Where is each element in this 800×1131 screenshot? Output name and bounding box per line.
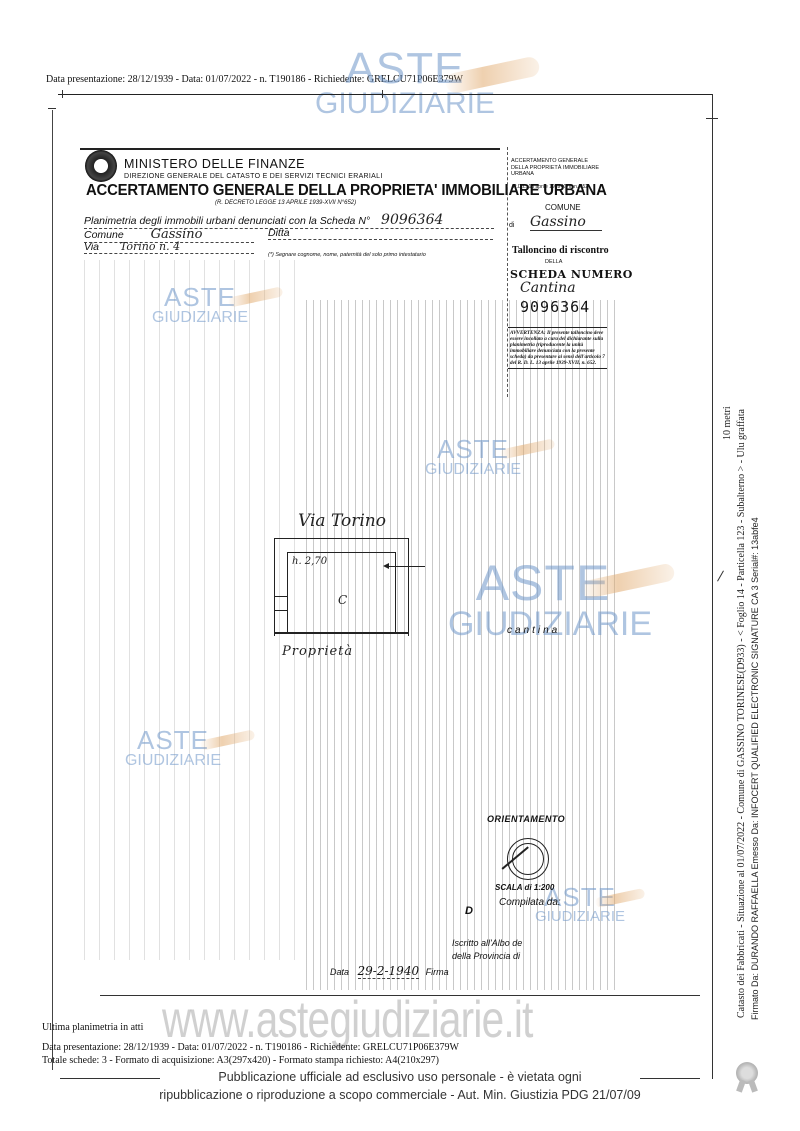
seal-ribbon xyxy=(748,1079,758,1092)
compilata-label: Compilata da: xyxy=(499,897,561,908)
direzione-subtitle: DIREZIONE GENERALE DEL CATASTO E DEI SER… xyxy=(124,173,383,180)
plan-door xyxy=(274,596,288,611)
plan-bottom-wall xyxy=(274,632,409,634)
crop-mark xyxy=(717,571,724,582)
orientamento-label: ORIENTAMENTO xyxy=(487,814,565,824)
data-firma-line: Data 29-2-1940 Firma xyxy=(330,964,449,978)
plan-height-label: h. 2,70 xyxy=(292,556,327,567)
footer-ultima: Ultima planimetria in atti xyxy=(42,1022,143,1033)
plan-cantina-label: cantina xyxy=(507,625,560,636)
data-label: Data xyxy=(330,967,349,977)
counterfoil-rdl: R.D.L. 13 aprile 1939-XVII, n. 652 xyxy=(513,184,588,190)
counterfoil-della: DELLA xyxy=(545,259,562,265)
via-label: Via xyxy=(84,241,99,253)
firma-label: Firma xyxy=(426,967,449,977)
compilata-initial: D xyxy=(465,905,473,917)
provincia-label: della Provincia di xyxy=(452,950,522,963)
crop-mark xyxy=(382,90,383,98)
side-signature-line: Firmato Da: DURANDO RAFFAELLA Emesso Da:… xyxy=(750,517,760,1020)
plan-street-label: Via Torino xyxy=(298,511,386,531)
iscritto-label: Iscritto all'Albo de xyxy=(452,937,522,950)
crop-mark xyxy=(62,90,63,98)
arrow-head-icon xyxy=(383,563,389,569)
publication-note-line1: Pubblicazione ufficiale ad esclusivo uso… xyxy=(160,1070,640,1084)
plan-neighbor-label: Proprietà xyxy=(282,644,353,659)
data-value: 29-2-1940 xyxy=(358,964,420,979)
iscritto-block: Iscritto all'Albo de della Provincia di xyxy=(452,937,522,963)
frame-line-right xyxy=(712,94,713,1079)
scheda-number-handwritten: 9096364 xyxy=(381,212,443,228)
ditta-label: Ditta xyxy=(268,227,290,239)
footer-meta-line: Data presentazione: 28/12/1939 - Data: 0… xyxy=(42,1042,459,1053)
italian-emblem-icon xyxy=(85,150,117,182)
publication-note-line2: ripubblicazione o riproduzione a scopo c… xyxy=(140,1088,660,1102)
planimetria-label: Planimetria degli immobili urbani denunc… xyxy=(84,215,370,227)
counterfoil-avvertenza: AVVERTENZA: Il presente talloncino deve … xyxy=(508,327,607,369)
counterfoil-talloncino: Talloncino di riscontro xyxy=(512,245,609,256)
counterfoil-cantina: Cantina xyxy=(520,280,576,296)
counterfoil-comune-label: COMUNE xyxy=(545,203,581,212)
crop-mark xyxy=(48,108,56,109)
scan-noise xyxy=(70,260,300,960)
footer-totale: Totale schede: 3 - Formato di acquisizio… xyxy=(42,1055,439,1066)
side-catasto-line: Catasto dei Fabbricati - Situazione al 0… xyxy=(736,409,747,1018)
arrow-left-icon xyxy=(385,566,425,567)
scala-label: SCALA di 1:200 xyxy=(495,883,554,892)
counterfoil-title: ACCERTAMENTO GENERALE DELLA PROPRIETÀ IM… xyxy=(511,158,606,178)
ditta-line: Ditta xyxy=(268,227,493,240)
counterfoil-comune-value: Gassino xyxy=(530,214,602,231)
decreto-reference: (R. DECRETO LEGGE 13 APRILE 1939-XVII N°… xyxy=(215,200,356,206)
via-line: Via Torino n. 4 xyxy=(84,240,254,254)
ministry-title: MINISTERO DELLE FINANZE xyxy=(124,157,305,171)
counterfoil-number: 9096364 xyxy=(520,298,590,316)
header-rule xyxy=(80,148,500,150)
via-value: Torino n. 4 xyxy=(120,240,180,253)
frame-line-left xyxy=(52,110,53,1070)
plan-room-label: C xyxy=(338,593,347,607)
side-scale-label: 10 metri xyxy=(722,406,733,440)
seal-ribbon xyxy=(736,1079,746,1092)
counterfoil-di-label: di xyxy=(509,222,514,229)
intestatario-note: (*) Segnare cognome, nome, paternità del… xyxy=(268,252,426,258)
frame-line-top xyxy=(58,94,713,95)
crop-mark xyxy=(706,118,718,119)
site-watermark: www.astegiudiziarie.it xyxy=(162,990,533,1050)
